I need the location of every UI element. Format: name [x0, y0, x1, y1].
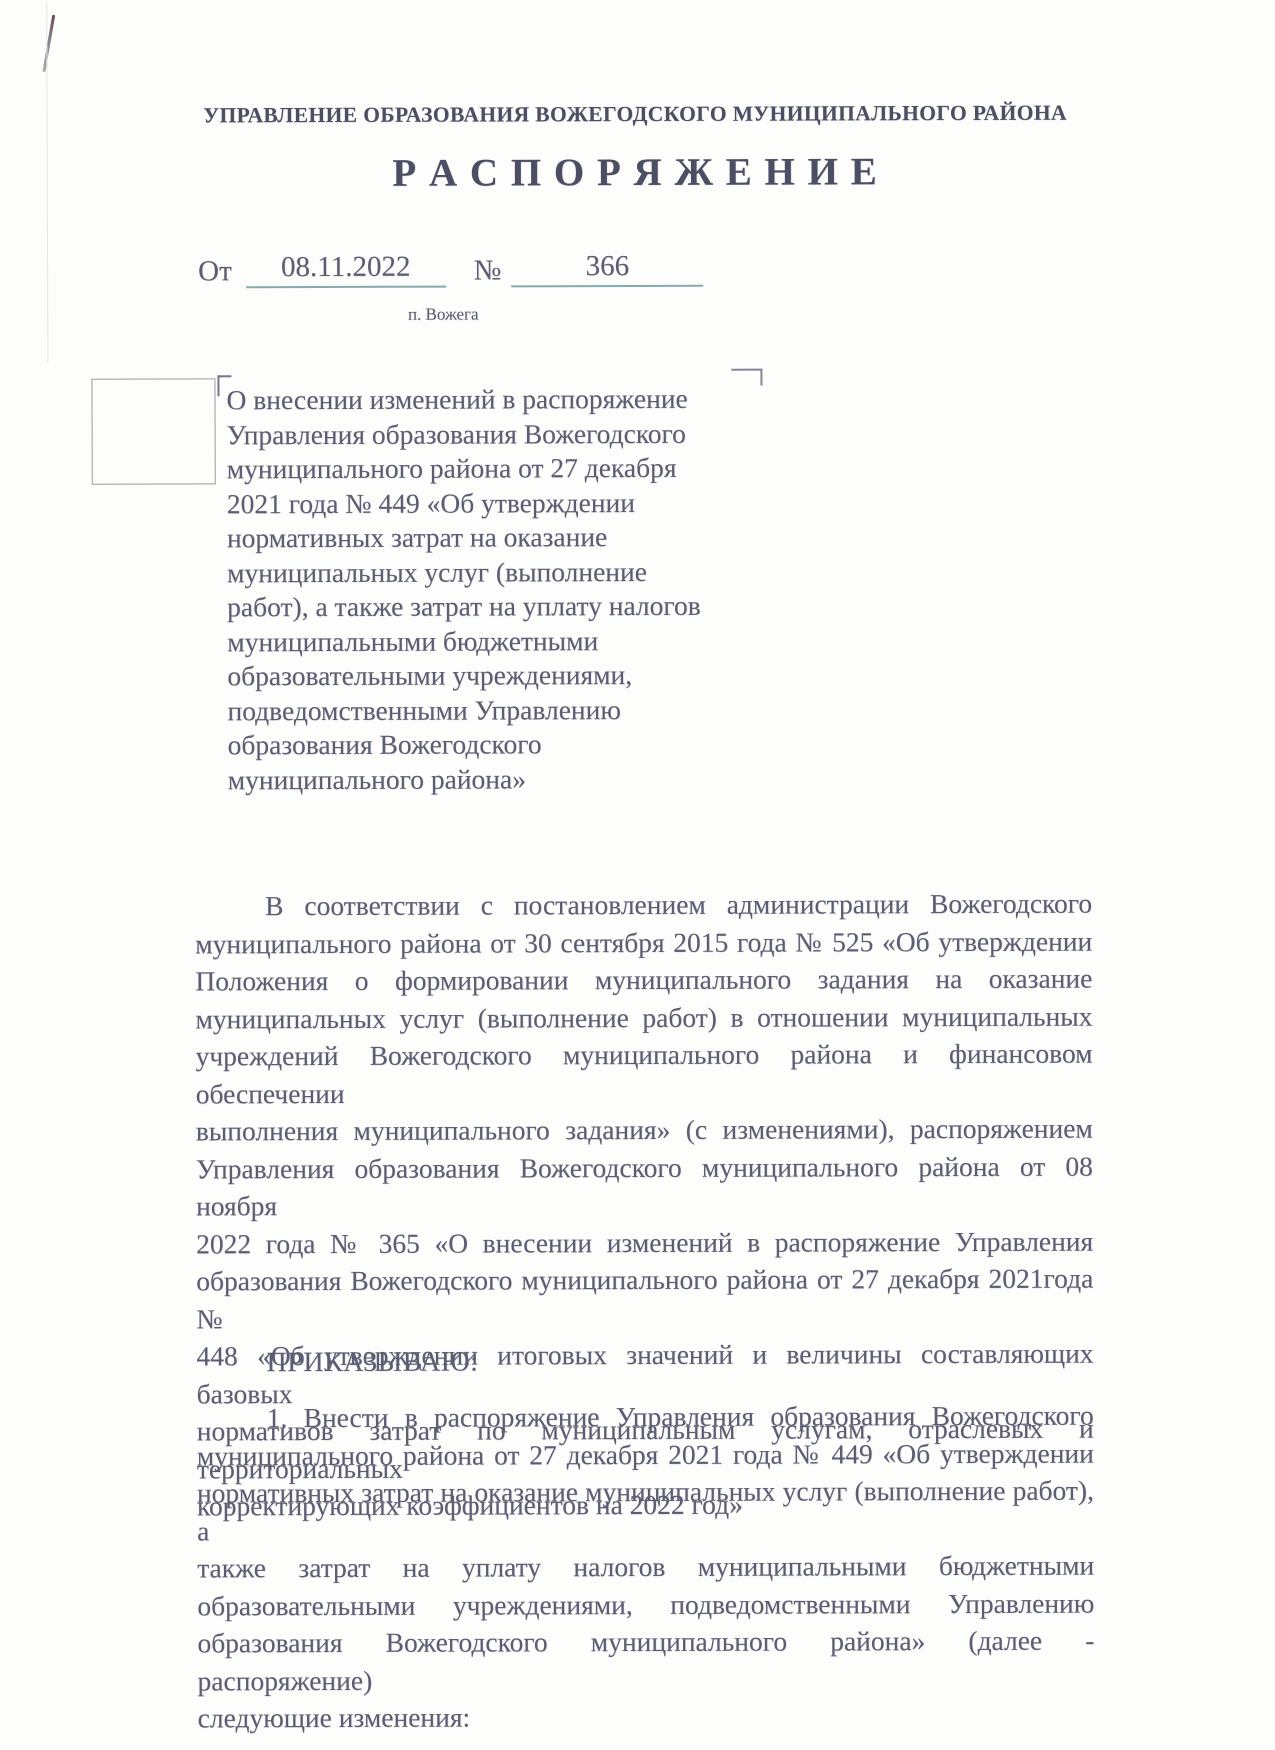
subject-line: подведомственными Управлению	[227, 692, 755, 728]
preamble-line: муниципального района от 30 сентября 201…	[195, 922, 1092, 962]
order-item-line: также затрат на уплату налогов муниципал…	[197, 1547, 1094, 1587]
subject-line: работ), а также затрат на уплату налогов	[227, 589, 755, 625]
preamble-line: образования Вожегодского муниципального …	[196, 1260, 1093, 1338]
subject-line: 2021 года № 449 «Об утверждении	[227, 485, 755, 521]
subject-line: муниципальными бюджетными	[227, 623, 755, 659]
date-value: 08.11.2022	[246, 251, 446, 289]
subject-line: муниципального района»	[228, 761, 756, 797]
subject-line: нормативных затрат на оказание	[227, 520, 755, 556]
subject-line: муниципальных услуг (выполнение	[227, 554, 755, 590]
subject-line: муниципального района от 27 декабря	[227, 451, 755, 487]
subject-line: Управления образования Вожегодского	[227, 416, 755, 452]
preamble-line: муниципальных услуг (выполнение работ) в…	[195, 997, 1092, 1037]
order-item-line: образования Вожегодского муниципального …	[197, 1622, 1094, 1700]
preamble-line: учреждений Вожегодского муниципального р…	[196, 1035, 1093, 1113]
place-name: п. Вожега	[0, 303, 888, 326]
order-item-line: образовательными учреждениями, подведомс…	[197, 1584, 1094, 1624]
subject-line: образования Вожегодского	[228, 727, 756, 763]
preamble-line: Положения о формировании муниципального …	[195, 960, 1092, 1000]
document-type-title: Р А С П О Р Я Ж Е Н И Е	[0, 148, 1273, 197]
subject-line: образовательными учреждениями,	[227, 658, 755, 694]
subject-line: О внесении изменений в распоряжение	[226, 382, 754, 418]
preamble-line: В соответствии с постановлением админист…	[195, 885, 1092, 925]
scanned-document-page: УПРАВЛЕНИЕ ОБРАЗОВАНИЯ ВОЖЕГОДСКОГО МУНИ…	[0, 0, 1275, 1750]
order-item-line: нормативных затрат на оказание муниципал…	[197, 1472, 1094, 1550]
preamble-line: 2022 года № 365 «О внесении изменений в …	[196, 1222, 1093, 1262]
pen-scan-mark	[42, 15, 55, 73]
preamble-line: выполнения муниципального задания» (с из…	[196, 1110, 1093, 1150]
empty-stamp-box	[91, 378, 215, 484]
item-1-paragraph: 1. Внести в распоряжение Управления обра…	[197, 1397, 1095, 1737]
scan-tilt-wrapper: УПРАВЛЕНИЕ ОБРАЗОВАНИЯ ВОЖЕГОДСКОГО МУНИ…	[0, 0, 1275, 1750]
order-keyword: ПРИКАЗЫВАЮ:	[196, 1346, 696, 1380]
subject-block: О внесении изменений в распоряжение Упра…	[226, 382, 755, 798]
number-label: №	[474, 254, 502, 286]
date-label: От	[198, 255, 232, 287]
order-item-line: следующие изменения:	[198, 1697, 1095, 1737]
number-value: 366	[511, 250, 703, 288]
preamble-line: Управления образования Вожегодского муни…	[196, 1147, 1093, 1225]
order-item-line: 1. Внести в распоряжение Управления обра…	[197, 1397, 1094, 1437]
date-number-line: От08.11.2022№366	[198, 250, 703, 289]
organization-name: УПРАВЛЕНИЕ ОБРАЗОВАНИЯ ВОЖЕГОДСКОГО МУНИ…	[0, 100, 1273, 129]
order-item-line: муниципального района от 27 декабря 2021…	[197, 1434, 1094, 1474]
